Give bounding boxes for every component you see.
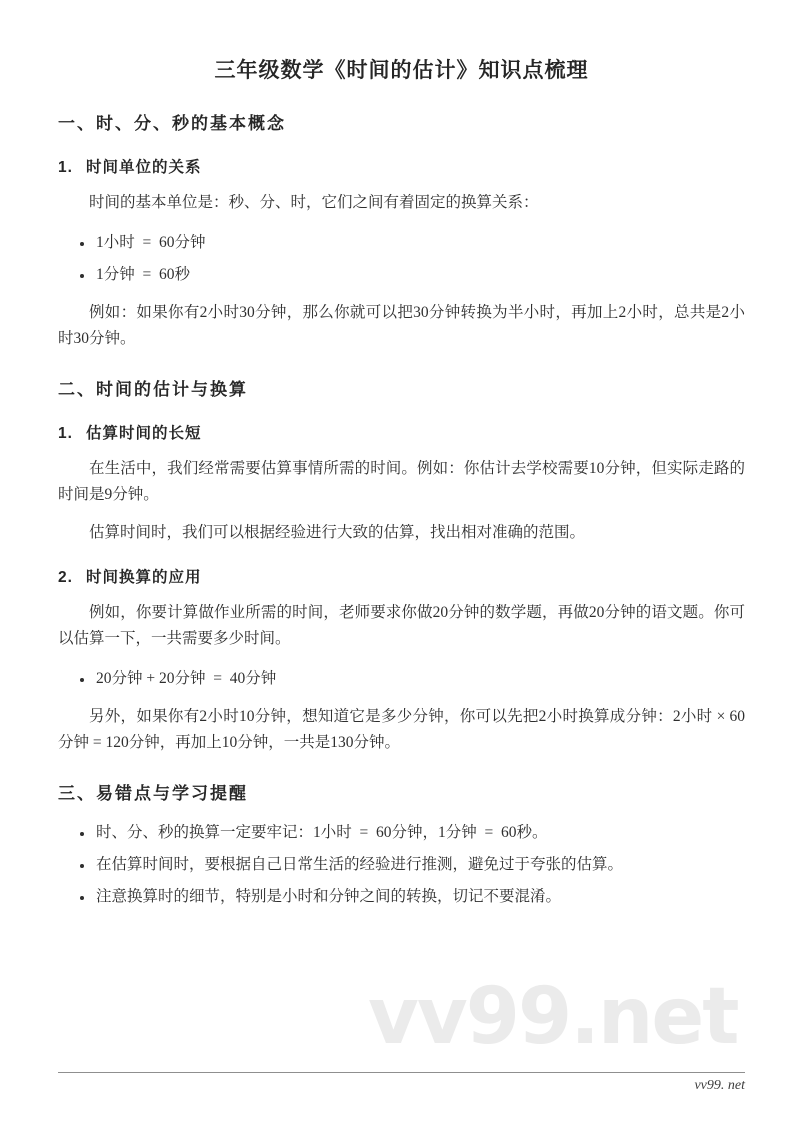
paragraph: 时间的基本单位是：秒、分、时，它们之间有着固定的换算关系： — [58, 190, 745, 216]
paragraph: 在生活中，我们经常需要估算事情所需的时间。例如：你估计去学校需要10分钟，但实际… — [58, 456, 745, 508]
watermark-text: vv99.net — [368, 978, 738, 1056]
list-item: 时、分、秒的换算一定要牢记：1小时 = 60分钟，1分钟 = 60秒。 — [94, 820, 745, 846]
section-basic-concepts: 一、时、分、秒的基本概念 1. 时间单位的关系 时间的基本单位是：秒、分、时，它… — [58, 112, 745, 352]
subheading-text: 时间换算的应用 — [86, 567, 202, 588]
paragraph: 估算时间时，我们可以根据经验进行大致的估算，找出相对准确的范围。 — [58, 520, 745, 546]
subheading-conversion-application: 2. 时间换算的应用 — [58, 567, 745, 588]
section-common-mistakes: 三、易错点与学习提醒 时、分、秒的换算一定要牢记：1小时 = 60分钟，1分钟 … — [58, 782, 745, 910]
list-item: 1小时 = 60分钟 — [94, 230, 745, 256]
bullet-list: 20分钟 + 20分钟 = 40分钟 — [58, 666, 745, 692]
section-heading: 二、时间的估计与换算 — [58, 378, 745, 402]
subheading-number: 2. — [58, 567, 73, 588]
section-heading: 一、时、分、秒的基本概念 — [58, 112, 745, 136]
subheading-text: 估算时间的长短 — [86, 423, 202, 444]
paragraph: 例如：如果你有2小时30分钟，那么你就可以把30分钟转换为半小时，再加上2小时，… — [58, 300, 745, 352]
bullet-list: 时、分、秒的换算一定要牢记：1小时 = 60分钟，1分钟 = 60秒。 在估算时… — [58, 820, 745, 910]
section-heading: 三、易错点与学习提醒 — [58, 782, 745, 806]
subheading-text: 时间单位的关系 — [86, 157, 202, 178]
footer-divider — [58, 1072, 745, 1073]
list-item: 1分钟 = 60秒 — [94, 262, 745, 288]
section-estimation-conversion: 二、时间的估计与换算 1. 估算时间的长短 在生活中，我们经常需要估算事情所需的… — [58, 378, 745, 756]
subheading-number: 1. — [58, 157, 73, 178]
list-item: 注意换算时的细节，特别是小时和分钟之间的转换，切记不要混淆。 — [94, 884, 745, 910]
list-item: 20分钟 + 20分钟 = 40分钟 — [94, 666, 745, 692]
subheading-time-units: 1. 时间单位的关系 — [58, 157, 745, 178]
paragraph: 另外，如果你有2小时10分钟，想知道它是多少分钟，你可以先把2小时换算成分钟：2… — [58, 704, 745, 756]
footer-site-text: vv99. net — [694, 1078, 745, 1094]
subheading-estimate-duration: 1. 估算时间的长短 — [58, 423, 745, 444]
doc-title: 三年级数学《时间的估计》知识点梳理 — [58, 56, 745, 86]
paragraph: 例如，你要计算做作业所需的时间，老师要求你做20分钟的数学题，再做20分钟的语文… — [58, 600, 745, 652]
bullet-list: 1小时 = 60分钟 1分钟 = 60秒 — [58, 230, 745, 288]
subheading-number: 1. — [58, 423, 73, 444]
list-item: 在估算时间时，要根据自己日常生活的经验进行推测，避免过于夸张的估算。 — [94, 852, 745, 878]
document-page: 三年级数学《时间的估计》知识点梳理 一、时、分、秒的基本概念 1. 时间单位的关… — [0, 0, 800, 1130]
